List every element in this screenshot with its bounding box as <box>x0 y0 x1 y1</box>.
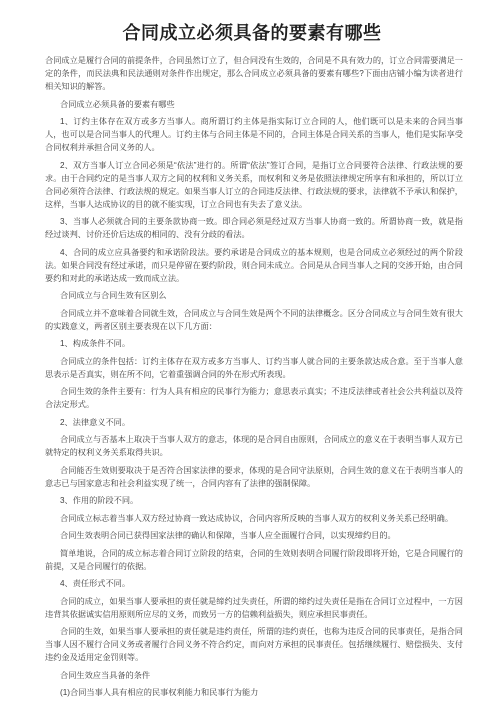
paragraph: 4、责任形式不同。 <box>45 577 463 590</box>
paragraph: 2、法律意义不同。 <box>45 416 463 429</box>
paragraph: 4、合同的成立应具备要约和承诺阶段法。要约承诺是合同成立的基本规则，也是合同成立… <box>45 246 463 285</box>
paragraph: 2、双方当事人订立合同必须是“依法”进行的。所谓“依法”签订合同，是指订立合同要… <box>45 159 463 211</box>
section-heading: 合同成立必须具备的要素有哪些 <box>45 98 463 111</box>
paragraph: 合同的生效，如果当事人要承担的责任就是违约责任，所谓的违约责任，也称为违反合同的… <box>45 625 463 664</box>
paragraph: 合同的成立，如果当事人要承担的责任就是缔约过失责任，所谓的缔约过失责任是指在合同… <box>45 595 463 621</box>
paragraph: 合同成立的条件包括：订约主体存在双方或多方当事人、订约当事人就合同的主要条款达成… <box>45 355 463 381</box>
paragraph: 1、构成条件不同。 <box>45 337 463 350</box>
intro-paragraph: 合同成立是履行合同的前提条件，合同虽然订立了，但合同没有生效的，合同是不具有效力… <box>45 54 463 93</box>
paragraph: 3、作用的阶段不同。 <box>45 494 463 507</box>
article-page: 合同成立必须具备的要素有哪些 合同成立是履行合同的前提条件，合同虽然订立了，但合… <box>0 0 504 713</box>
paragraph: 合同成立与否基本上取决于当事人双方的意志，体现的是合同自由原则，合同成立的意义在… <box>45 433 463 459</box>
paragraph: (1)合同当事人具有相应的民事权利能力和民事行为能力 <box>45 686 463 699</box>
paragraph: 1、订约主体存在双方或多方当事人。商所谓订约主体是指实际订立合同的人，他们既可以… <box>45 115 463 154</box>
article-body: 合同成立是履行合同的前提条件，合同虽然订立了，但合同没有生效的，合同是不具有效力… <box>0 54 504 699</box>
paragraph: 合同成立标志着当事人双方经过协商一致达成协议，合同内容所反映的当事人双方的权利义… <box>45 512 463 525</box>
paragraph: 合同生效表明合同已获得国家法律的确认和保障，当事人应全面履行合同，以实现缔约目的… <box>45 529 463 542</box>
paragraph: 合同能否生效则要取决于是否符合国家法律的要求，体现的是合同守法原则，合同生效的意… <box>45 464 463 490</box>
paragraph: 简单地说，合同的成立标志着合同订立阶段的结束，合同的生效则表明合同履行阶段即将开… <box>45 547 463 573</box>
paragraph: 合同生效的条件主要有：行为人具有相应的民事行为能力；意思表示真实；不违反法律或者… <box>45 385 463 411</box>
section-heading: 合同生效应当具备的条件 <box>45 669 463 682</box>
paragraph: 合同成立并不意味着合同就生效，合同成立与合同生效是两个不同的法律概念。区分合同成… <box>45 307 463 333</box>
paragraph: 3、当事人必须就合同的主要条款协商一致。即合同必须是经过双方当事人协商一致的。所… <box>45 215 463 241</box>
section-heading: 合同成立与合同生效有区别么 <box>45 289 463 302</box>
page-title: 合同成立必须具备的要素有哪些 <box>0 0 504 54</box>
